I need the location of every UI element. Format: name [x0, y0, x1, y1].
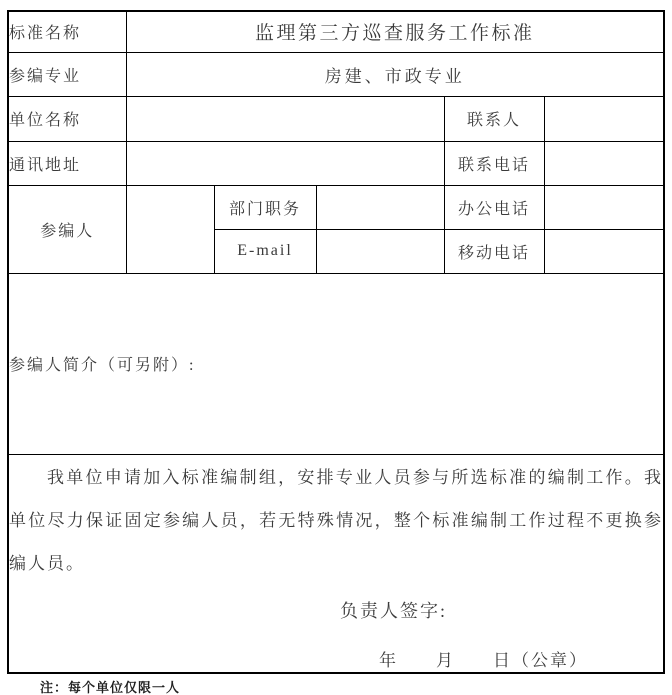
participant-name-input-cell — [126, 185, 214, 273]
office-phone-label: 办公电话 — [444, 185, 544, 229]
date-seal-line: 年 月 日（公章） — [9, 646, 663, 671]
row-unit-name: 单位名称 联系人 — [8, 96, 664, 141]
row-declaration: 我单位申请加入标准编制组，安排专业人员参与所选标准的编制工作。我单位尽力保证固定… — [8, 454, 664, 673]
address-input-cell — [126, 141, 444, 185]
contact-phone-label: 联系电话 — [444, 141, 544, 185]
address-label: 通讯地址 — [8, 141, 126, 185]
email-label: E-mail — [214, 229, 316, 273]
contact-person-label: 联系人 — [444, 96, 544, 141]
specialty-value: 房建、市政专业 — [126, 52, 664, 96]
specialty-label: 参编专业 — [8, 52, 126, 96]
signature-label: 负责人签字: — [9, 597, 663, 623]
contact-person-input-cell — [544, 96, 664, 141]
row-specialty: 参编专业 房建、市政专业 — [8, 52, 664, 96]
row-standard-name: 标准名称 监理第三方巡查服务工作标准 — [8, 11, 664, 52]
email-input-cell — [316, 229, 444, 273]
department-position-label: 部门职务 — [214, 185, 316, 229]
row-participant-profile: 参编人简介（可另附）: — [8, 273, 664, 454]
standard-participation-form-table: 标准名称 监理第三方巡查服务工作标准 参编专业 房建、市政专业 单位名称 联系人… — [7, 10, 665, 674]
footnote-note: 注：每个单位仅限一人 — [40, 677, 672, 695]
participant-profile-label: 参编人简介（可另附）: — [9, 357, 195, 374]
office-phone-input-cell — [544, 185, 664, 229]
unit-name-label: 单位名称 — [8, 96, 126, 141]
application-form-page: 标准名称 监理第三方巡查服务工作标准 参编专业 房建、市政专业 单位名称 联系人… — [0, 0, 672, 695]
mobile-phone-label: 移动电话 — [444, 229, 544, 273]
unit-name-input-cell — [126, 96, 444, 141]
standard-name-value: 监理第三方巡查服务工作标准 — [126, 11, 664, 52]
declaration-paragraph: 我单位申请加入标准编制组，安排专业人员参与所选标准的编制工作。我单位尽力保证固定… — [9, 456, 663, 585]
contact-phone-input-cell — [544, 141, 664, 185]
mobile-phone-input-cell — [544, 229, 664, 273]
standard-name-label: 标准名称 — [8, 11, 126, 52]
department-position-input-cell — [316, 185, 444, 229]
row-address: 通讯地址 联系电话 — [8, 141, 664, 185]
participant-label: 参编人 — [8, 185, 126, 273]
participant-profile-cell: 参编人简介（可另附）: — [8, 273, 664, 454]
declaration-cell: 我单位申请加入标准编制组，安排专业人员参与所选标准的编制工作。我单位尽力保证固定… — [8, 454, 664, 673]
row-participant-1: 参编人 部门职务 办公电话 — [8, 185, 664, 229]
